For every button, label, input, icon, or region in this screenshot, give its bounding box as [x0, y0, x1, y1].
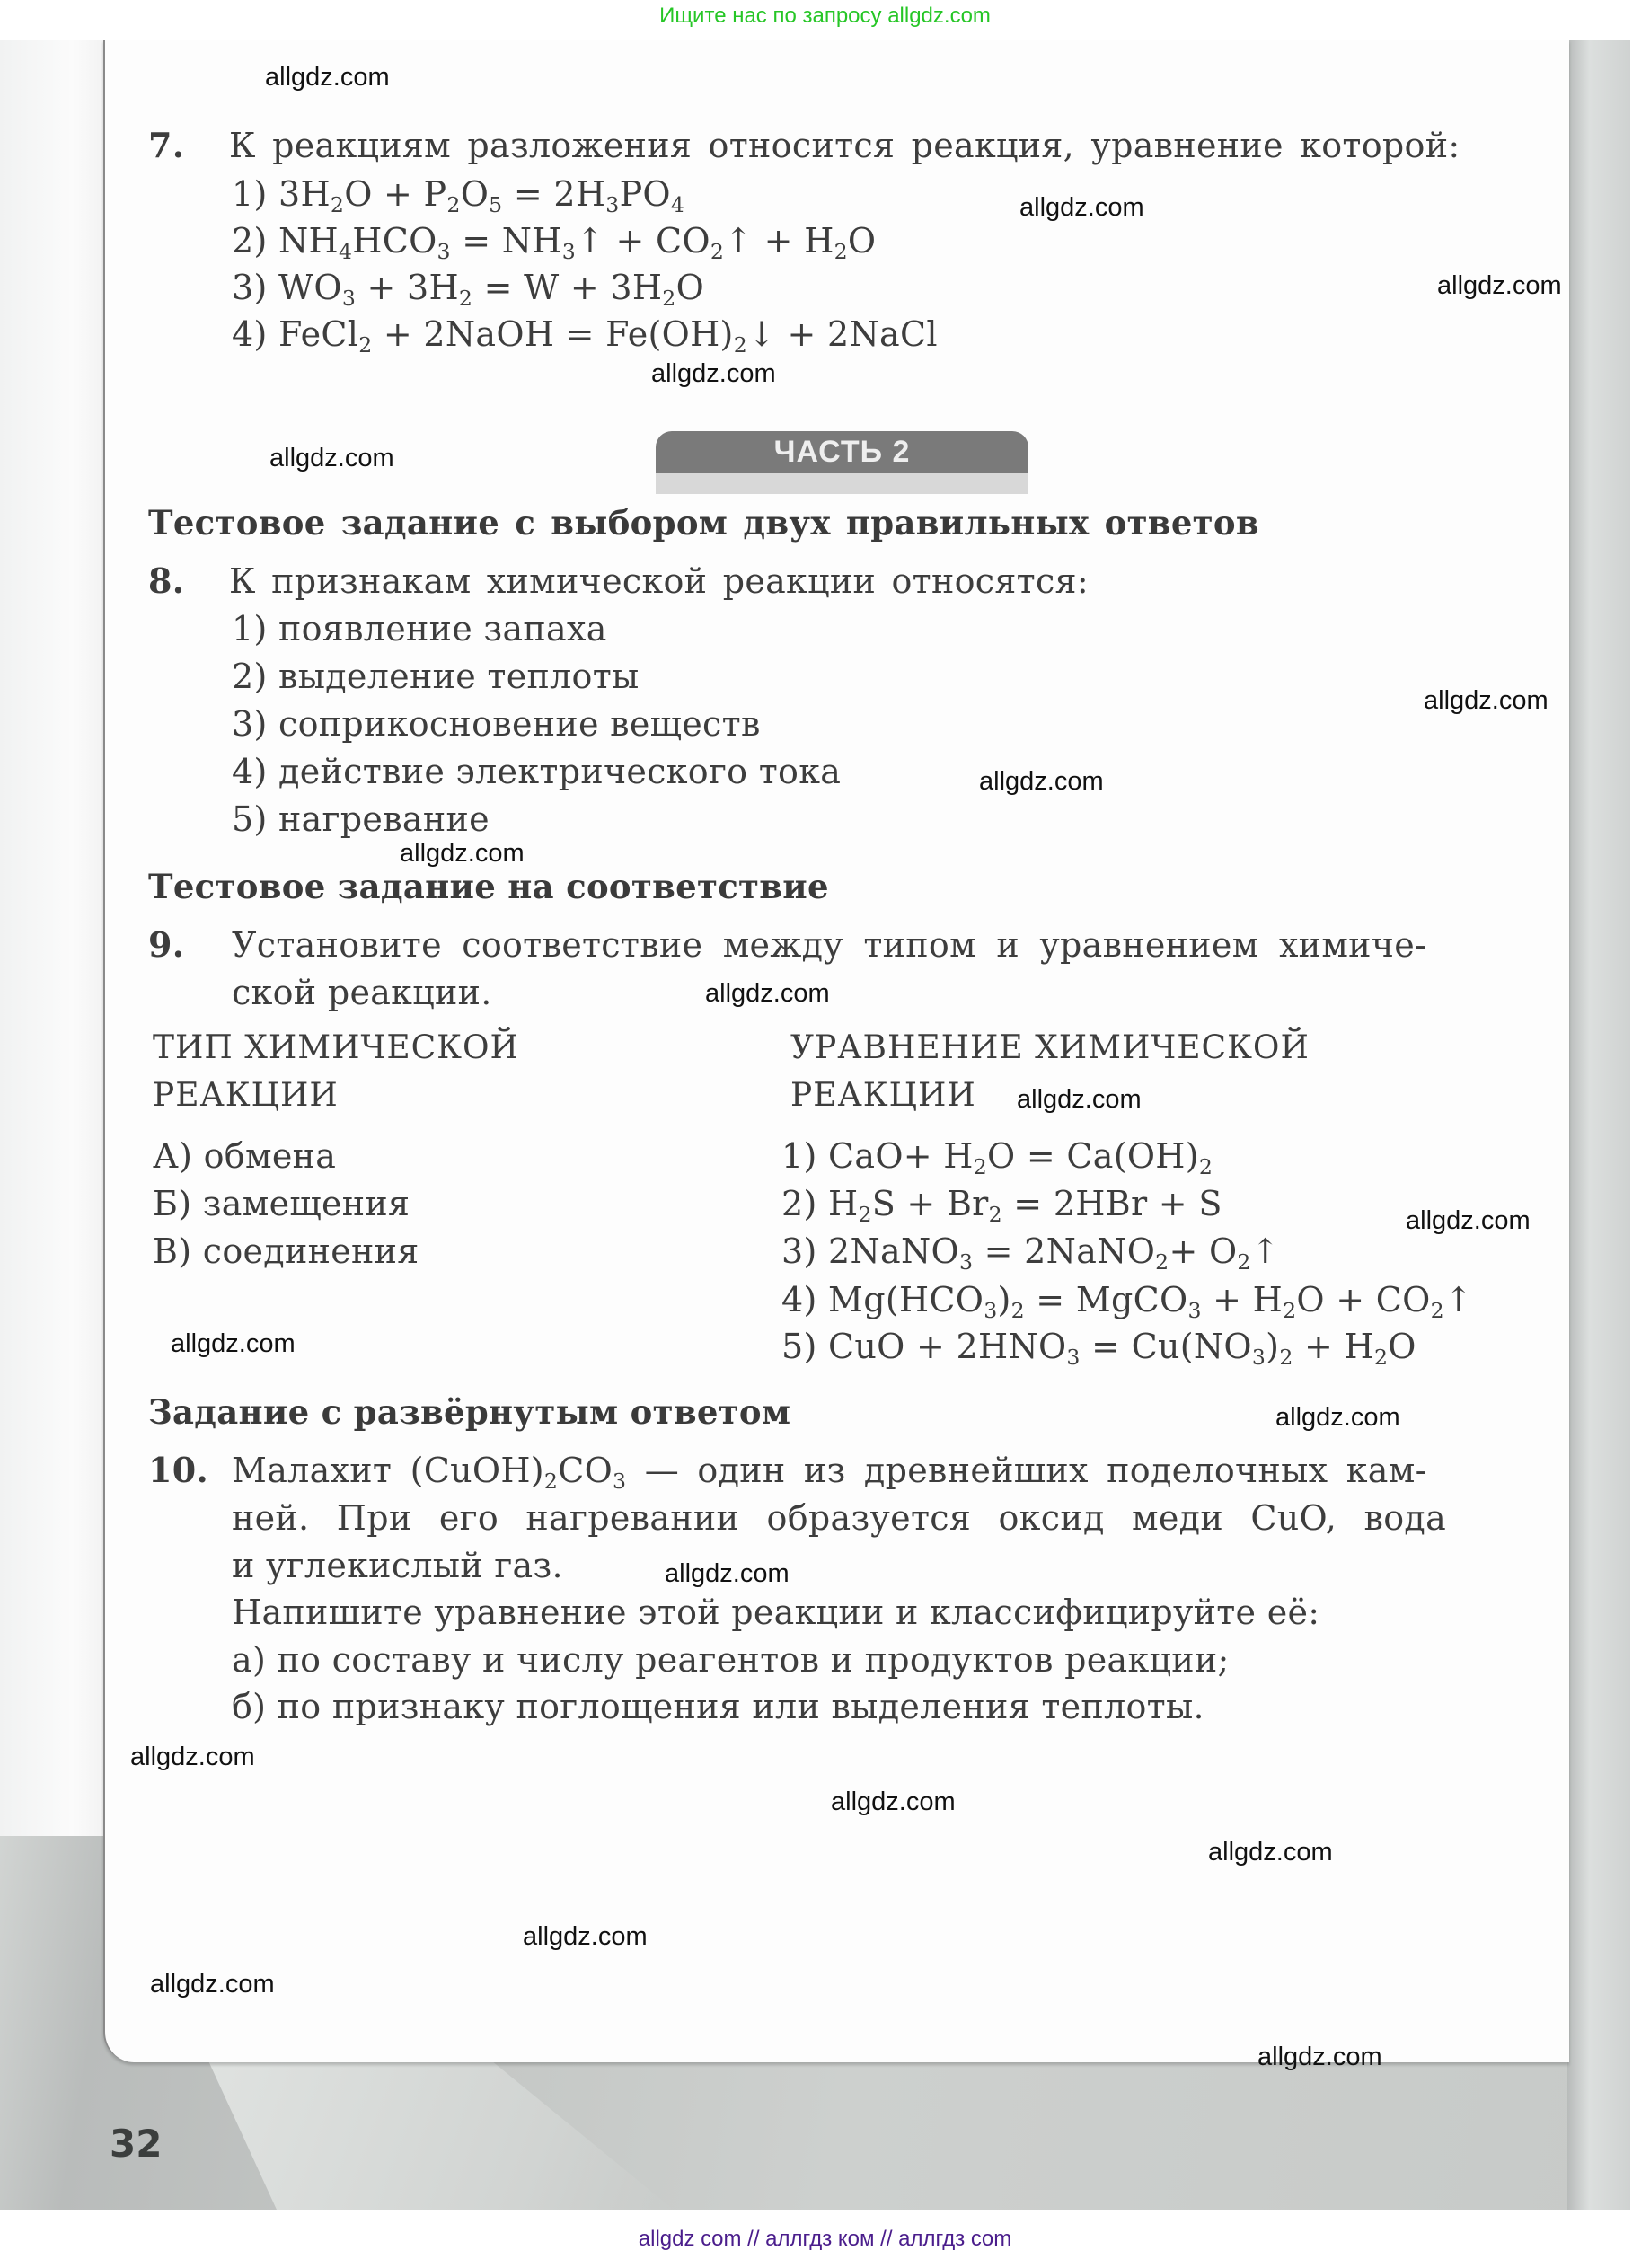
top-ad-banner[interactable]: Ищите нас по запросу allgdz.com [0, 4, 1650, 29]
type-text: соединения [203, 1231, 419, 1271]
option-label: 3) [232, 704, 268, 744]
book-spine-edge [1567, 40, 1630, 2210]
watermark: allgdz.com [400, 839, 525, 869]
watermark: allgdz.com [130, 1743, 255, 1772]
equation-label: 1) [781, 1136, 817, 1176]
task7-option-4: 4) FeCl2 + 2NaOH = Fe(OH)2↓ + 2NaCl [232, 314, 938, 354]
task9-type-b: Б) замещения [153, 1184, 410, 1223]
watermark: allgdz.com [1019, 193, 1144, 223]
watermark: allgdz.com [269, 444, 394, 473]
type-label: Б) [153, 1184, 191, 1223]
watermark: allgdz.com [171, 1329, 296, 1359]
option-text: выделение теплоты [278, 657, 640, 696]
option-label: 2) [232, 221, 268, 260]
task9-equation-3: 3) 2NaNO3 = 2NaNO2+ O2↑ [781, 1231, 1280, 1271]
task9-equation-4: 4) Mg(HCO3)2 = MgCO3 + H2O + CO2↑ [781, 1280, 1473, 1319]
task9-equation-1: 1) CaO+ H2O = Ca(OH)2 [781, 1136, 1213, 1176]
task10-number: 10. [148, 1451, 208, 1490]
page-margin [0, 40, 103, 1836]
task9-right-header-2: РЕАКЦИИ [790, 1076, 976, 1116]
task7-question: К реакциям разложения относится реакция,… [229, 126, 1460, 165]
task10-line-1: Малахит (CuOH)2CO3 — один из древнейших … [232, 1451, 1427, 1490]
equation-label: 3) [781, 1231, 817, 1271]
watermark: allgdz.com [1406, 1206, 1531, 1236]
task9-question-line1: Установите соответствие между типом и ур… [232, 925, 1426, 965]
option-text: появление запаха [278, 609, 607, 649]
task9-question-line2: ской реакции. [232, 973, 492, 1012]
option-label: 1) [232, 609, 268, 649]
task8-number: 8. [148, 561, 184, 601]
section-heading-extended: Задание с развёрнутым ответом [148, 1392, 790, 1432]
task10-line-4: Напишите уравнение этой реакции и класси… [232, 1593, 1319, 1632]
option-label: 3) [232, 268, 268, 307]
watermark: allgdz.com [651, 359, 776, 389]
watermark: allgdz.com [1424, 686, 1549, 716]
type-label: В) [153, 1231, 191, 1271]
task10-line-2: ней. При его нагревании образуется оксид… [232, 1498, 1446, 1538]
option-label: 2) [232, 657, 268, 696]
watermark: allgdz.com [1208, 1838, 1333, 1867]
part-2-banner: ЧАСТЬ 2 [656, 431, 1028, 473]
option-label: 4) [232, 752, 268, 791]
type-label: А) [153, 1136, 192, 1176]
task9-type-a: А) обмена [153, 1136, 336, 1176]
section-heading-matching: Тестовое задание на соответствие [148, 867, 829, 906]
task9-number: 9. [148, 925, 184, 965]
watermark: allgdz.com [1017, 1085, 1142, 1115]
option-text: соприкосновение веществ [278, 704, 761, 744]
type-text: обмена [204, 1136, 337, 1176]
task10-line-3: и углекислый газ. [232, 1546, 563, 1585]
type-text: замещения [203, 1184, 410, 1223]
watermark: allgdz.com [665, 1559, 790, 1589]
option-text: нагревание [278, 799, 490, 839]
watermark: allgdz.com [1257, 2043, 1382, 2072]
task9-equation-5: 5) CuO + 2HNO3 = Cu(NO3)2 + H2O [781, 1327, 1416, 1366]
watermark: allgdz.com [705, 979, 830, 1009]
option-text: действие электрического тока [278, 752, 841, 791]
watermark: allgdz.com [831, 1787, 956, 1817]
task8-option-2: 2) выделение теплоты [232, 657, 640, 696]
watermark: allgdz.com [265, 63, 390, 93]
task10-line-5: а) по составу и числу реагентов и продук… [232, 1640, 1230, 1680]
watermark: allgdz.com [1437, 271, 1562, 301]
task8-question: К признакам химической реакции относятся… [229, 561, 1089, 601]
task8-option-3: 3) соприкосновение веществ [232, 704, 761, 744]
equation-label: 4) [781, 1280, 817, 1319]
section-heading-two-answers: Тестовое задание с выбором двух правильн… [148, 503, 1259, 543]
task7-option-2: 2) NH4HCO3 = NH3↑ + CO2↑ + H2O [232, 221, 876, 260]
watermark: allgdz.com [1275, 1403, 1400, 1433]
watermark: allgdz.com [150, 1970, 275, 1999]
task8-option-5: 5) нагревание [232, 799, 490, 839]
task9-left-header-2: РЕАКЦИИ [153, 1076, 339, 1116]
watermark: allgdz.com [979, 767, 1104, 797]
equation-label: 5) [781, 1327, 817, 1366]
watermark: allgdz.com [523, 1922, 648, 1952]
task9-equation-2: 2) H2S + Br2 = 2HBr + S [781, 1184, 1222, 1223]
task8-option-1: 1) появление запаха [232, 609, 607, 649]
bottom-ad-banner[interactable]: allgdz com // аллгдз ком // аллгдз com [0, 2217, 1650, 2268]
task9-right-header-1: УРАВНЕНИЕ ХИМИЧЕСКОЙ [790, 1028, 1310, 1068]
task7-option-3: 3) WO3 + 3H2 = W + 3H2O [232, 268, 704, 307]
task7-option-1: 1) 3H2O + P2O5 = 2H3PO4 [232, 174, 684, 214]
task9-type-v: В) соединения [153, 1231, 419, 1271]
task7-number: 7. [148, 126, 184, 165]
task10-line-6: б) по признаку поглощения или выделения … [232, 1687, 1204, 1726]
task8-option-4: 4) действие электрического тока [232, 752, 841, 791]
option-label: 4) [232, 314, 268, 354]
option-label: 1) [232, 174, 268, 214]
page-number: 32 [110, 2122, 162, 2166]
option-label: 5) [232, 799, 268, 839]
task9-left-header-1: ТИП ХИМИЧЕСКОЙ [153, 1028, 519, 1068]
equation-label: 2) [781, 1184, 817, 1223]
